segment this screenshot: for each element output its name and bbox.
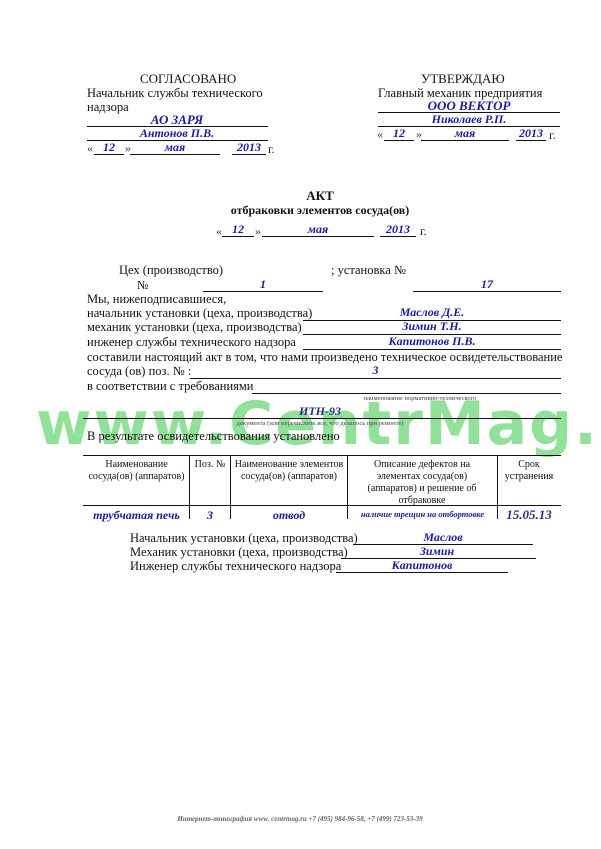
cell-element: отвод bbox=[231, 508, 347, 523]
cell-pos: 3 bbox=[190, 508, 230, 523]
signature-value-2: Зимин bbox=[341, 544, 533, 559]
approval-left-year: 2013 bbox=[232, 140, 266, 155]
requirements-label: в соответствии с требованиями bbox=[87, 379, 254, 394]
table-header-vessel: Наименование сосуда(ов) (аппаратов) bbox=[84, 459, 189, 483]
act-subtitle: отбраковки элементов сосуда(ов) bbox=[180, 203, 460, 218]
vessel-pos-label: сосуда (ов) поз. № : bbox=[87, 364, 191, 379]
table-header-deadline: Срок устранения bbox=[498, 459, 560, 483]
signature-label-2: Механик установки (цеха, производства) bbox=[130, 545, 348, 560]
approval-right-name: Николаев Р.П. bbox=[378, 112, 560, 127]
approval-right-month: мая bbox=[421, 126, 509, 141]
signature-label-1: Начальник установки (цеха, производства) bbox=[130, 531, 358, 546]
act-title: АКТ bbox=[200, 188, 440, 204]
approval-right-title: УТВЕРЖДАЮ bbox=[421, 71, 505, 87]
act-day: 12 bbox=[222, 222, 254, 237]
role2-label: механик установки (цеха, производства) bbox=[87, 320, 302, 335]
approval-left-name: Антонов П.В. bbox=[87, 126, 267, 141]
role1-value: Маслов Д.Е. bbox=[303, 305, 561, 320]
signature-label-3: Инженер службы технического надзора bbox=[130, 559, 341, 574]
approval-left-title: СОГЛАСОВАНО bbox=[140, 71, 236, 87]
approval-left-position: Начальник службы технического bbox=[87, 86, 263, 101]
footer-print-info: Интернет-типография www. centrmag.ru +7 … bbox=[100, 815, 500, 823]
result-label: В результате освидетельствования установ… bbox=[87, 429, 340, 444]
requirements-value: ИТН-93 bbox=[230, 404, 410, 419]
table-header-elements: Наименование элементов сосуда(ов) (аппар… bbox=[231, 459, 347, 483]
role3-value: Капитонов П.В. bbox=[303, 334, 561, 349]
unit-label: ; установка № bbox=[331, 263, 406, 278]
requirements-hint-top: наименование нормативно-технического bbox=[330, 395, 510, 402]
role3-label: инженер службы технического надзора bbox=[87, 335, 296, 350]
table-header-defects: Описание дефектов на элементах сосуда(ов… bbox=[352, 459, 492, 507]
approval-right-year: 2013 bbox=[516, 126, 546, 141]
document-page: СОГЛАСОВАНО Начальник службы техническог… bbox=[0, 0, 601, 849]
vessel-pos-value: 3 bbox=[190, 363, 561, 378]
act-year: 2013 bbox=[380, 222, 416, 237]
act-month: мая bbox=[262, 222, 374, 237]
cell-vessel: трубчатая печь bbox=[84, 508, 189, 523]
approval-left-day: 12 bbox=[94, 140, 124, 155]
intro-text: Мы, нижеподписавшиеся, bbox=[87, 292, 226, 307]
approval-right-day: 12 bbox=[384, 126, 414, 141]
cell-defect: наличие трещин на отбортовке bbox=[348, 509, 497, 519]
approval-left-month: мая bbox=[130, 140, 220, 155]
workshop-label: Цех (производство) bbox=[119, 263, 223, 278]
table-header-pos: Поз. № bbox=[190, 459, 230, 471]
signature-value-1: Маслов bbox=[353, 530, 533, 545]
number-label: № bbox=[137, 278, 148, 293]
workshop-number: 1 bbox=[203, 277, 323, 292]
role2-value: Зимин Т.Н. bbox=[303, 319, 561, 334]
cell-deadline: 15.05.13 bbox=[498, 507, 560, 523]
role1-label: начальник установки (цеха, производства) bbox=[87, 306, 312, 321]
signature-value-3: Капитонов bbox=[336, 558, 508, 573]
requirements-hint-bottom: документа (или перечислить все, что дела… bbox=[200, 420, 440, 427]
unit-number: 17 bbox=[413, 277, 561, 292]
